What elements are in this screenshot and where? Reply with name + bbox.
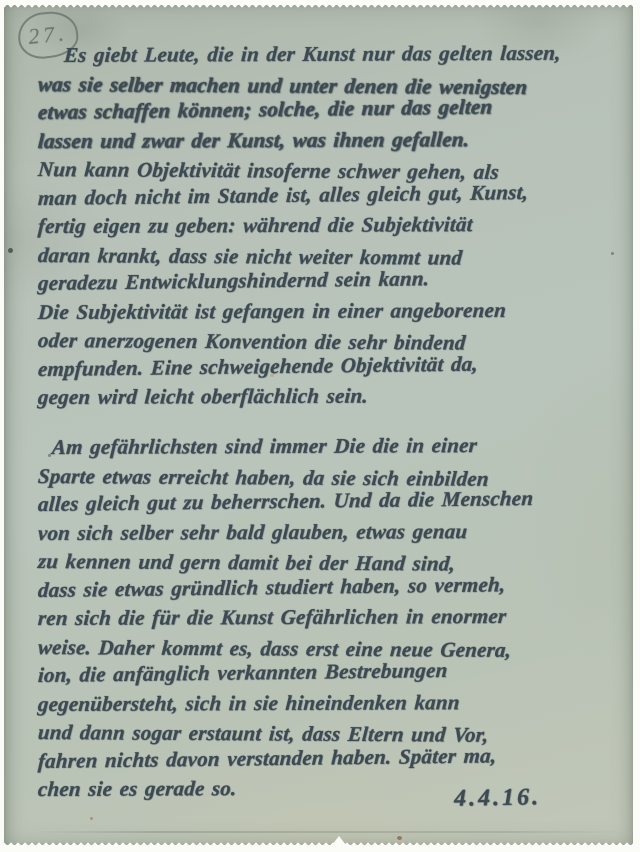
manuscript-line: von sich selber sehr bald glauben, etwas… <box>37 516 612 547</box>
manuscript-line: etwas schaffen können; solche, die nur d… <box>37 91 612 126</box>
manuscript-line: gegenübersteht, sich in sie hineindenken… <box>37 687 612 718</box>
manuscript-page: 27. Es giebt Leute, die in der Kunst nur… <box>4 5 633 845</box>
manuscript-line: Am gefährlichsten sind immer Die die in … <box>37 430 612 461</box>
manuscript-line: geradezu Entwicklungshindernd sein kann. <box>37 262 612 297</box>
paper-speck <box>611 252 614 255</box>
manuscript-line: fertig eigen zu geben: während die Subje… <box>37 209 612 240</box>
manuscript-line: ren sich die für die Kunst Gefährlichen … <box>37 601 612 632</box>
torn-notch <box>332 836 346 845</box>
paragraph-one: Es giebt Leute, die in der Kunst nur das… <box>38 41 611 412</box>
manuscript-line: lassen und zwar der Kunst, was ihnen gef… <box>37 124 612 155</box>
manuscript-line: Es giebt Leute, die in der Kunst nur das… <box>37 38 612 69</box>
manuscript-line: alles gleich gut zu beherrschen. Und da … <box>37 483 612 518</box>
paper-speck <box>177 83 182 87</box>
paper-speck <box>8 248 13 253</box>
paper-crease <box>34 831 623 833</box>
paper-speck <box>48 454 51 457</box>
paper-speck <box>397 836 402 840</box>
perforated-edge-top <box>4 5 633 10</box>
manuscript-line: gegen wird leicht oberflächlich sein. <box>37 380 612 411</box>
manuscript-line: Die Subjektivität ist gefangen in einer … <box>37 295 612 326</box>
paper-speck <box>90 817 93 820</box>
perforated-edge-bottom <box>4 840 633 845</box>
manuscript-line: ion, die anfänglich verkannten Bestrebun… <box>37 654 612 689</box>
date-annotation: 4.4.16. <box>454 784 541 813</box>
paragraph-two: Am gefährlichsten sind immer Die die in … <box>38 433 611 804</box>
paper-speck <box>270 374 274 377</box>
scanned-document: 27. Es giebt Leute, die in der Kunst nur… <box>0 0 640 852</box>
